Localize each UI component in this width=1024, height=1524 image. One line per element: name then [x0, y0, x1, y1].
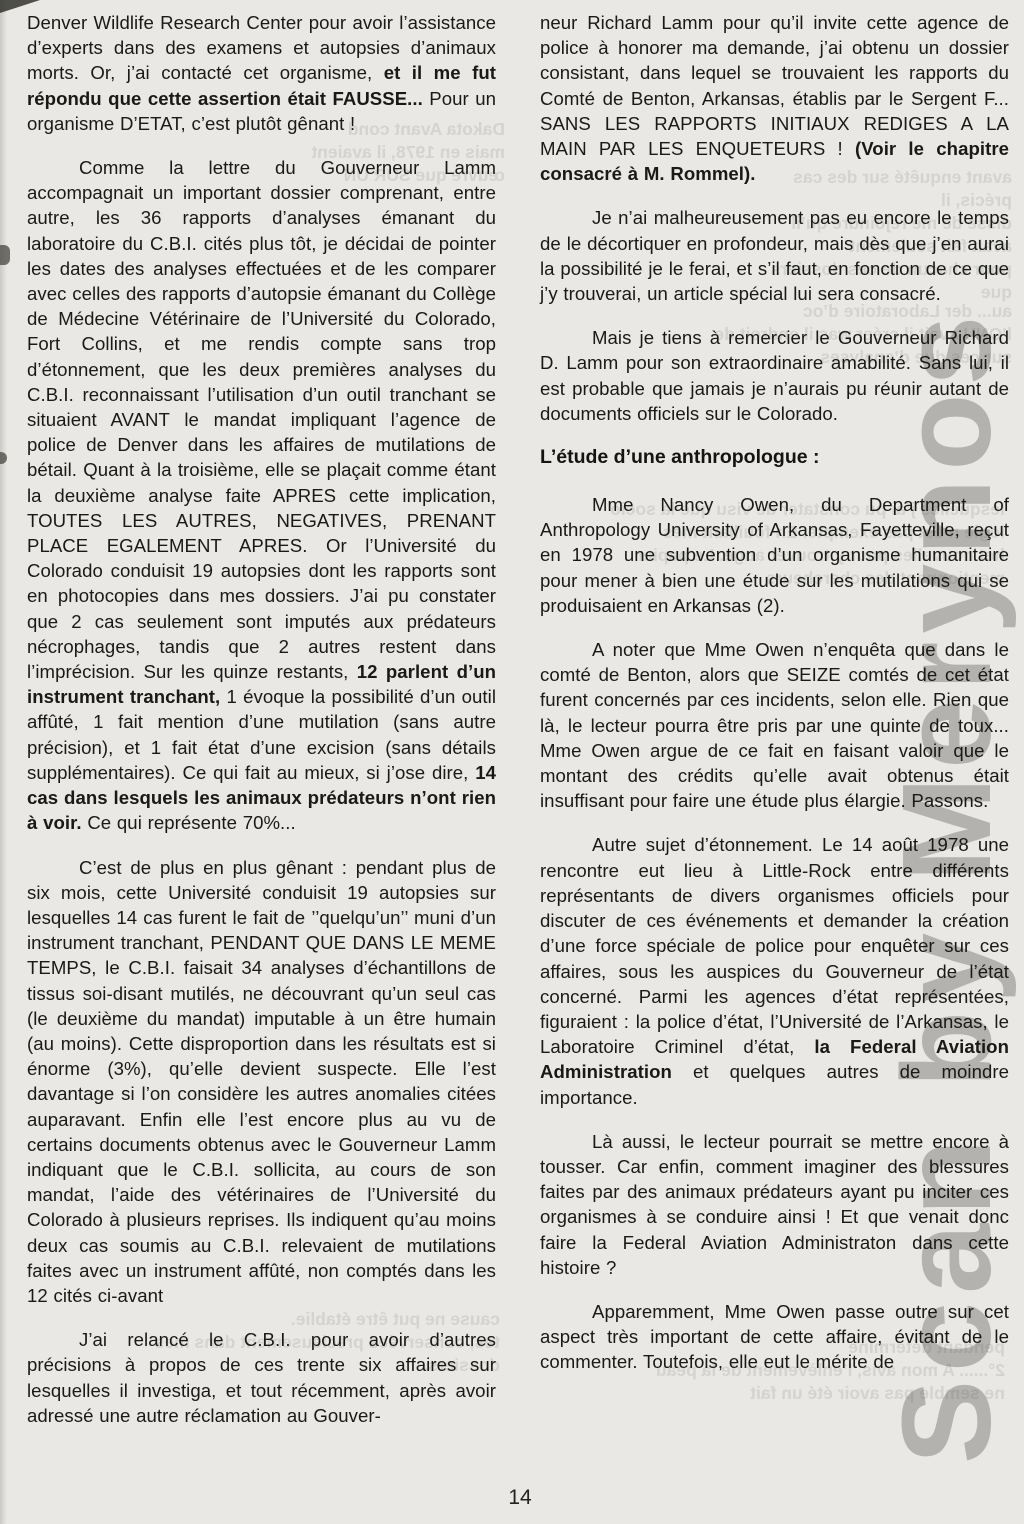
- paragraph: Denver Wildlife Research Center pour avo…: [27, 10, 496, 136]
- paragraph: Autre sujet d’étonnement. Le 14 août 197…: [540, 832, 1009, 1109]
- text-run: Je n’ai malheureusement pas eu encore le…: [540, 207, 1009, 304]
- paragraph: Mais je tiens à remercier le Gouverneur …: [540, 325, 1009, 426]
- paragraph: A noter que Mme Owen n’enquêta que dans …: [540, 637, 1009, 813]
- scan-edge-shadow: [0, 0, 7, 1524]
- text-run: J’ai relancé le C.B.I. pour avoir d’autr…: [27, 1329, 496, 1426]
- paragraph: Mme Nancy Owen, du Department of Anthrop…: [540, 492, 1009, 618]
- section-heading: L’étude d’une anthropologue :: [540, 445, 1009, 470]
- paragraph: Comme la lettre du Gouverneur Lamm accom…: [27, 155, 496, 835]
- bold-text-run: L’étude d’une anthropologue :: [540, 446, 819, 468]
- text-run: Comme la lettre du Gouverneur Lamm accom…: [27, 157, 496, 682]
- paragraph: Là aussi, le lecteur pourrait se mettre …: [540, 1129, 1009, 1280]
- right-column: neur Richard Lamm pour qu’il invite cett…: [540, 10, 1009, 1394]
- text-run: Mais je tiens à remercier le Gouverneur …: [540, 327, 1009, 424]
- left-column: Denver Wildlife Research Center pour avo…: [27, 10, 496, 1447]
- paragraph: neur Richard Lamm pour qu’il invite cett…: [540, 10, 1009, 186]
- paragraph: C’est de plus en plus gênant : pendant p…: [27, 855, 496, 1309]
- text-run: C’est de plus en plus gênant : pendant p…: [27, 857, 496, 1306]
- text-run: Autre sujet d’étonnement. Le 14 août 197…: [540, 834, 1009, 1057]
- text-run: A noter que Mme Owen n’enquêta que dans …: [540, 639, 1009, 811]
- scanned-page: { "page": { "number": "14", "paper_color…: [0, 0, 1024, 1524]
- scan-smudge: [0, 245, 10, 265]
- text-run: Ce qui représente 70%...: [82, 812, 296, 833]
- paragraph: Je n’ai malheureusement pas eu encore le…: [540, 205, 1009, 306]
- text-run: Mme Nancy Owen, du Department of Anthrop…: [540, 494, 1009, 616]
- text-run: Là aussi, le lecteur pourrait se mettre …: [540, 1131, 1009, 1278]
- text-run: neur Richard Lamm pour qu’il invite cett…: [540, 12, 1009, 159]
- page-number: 14: [0, 1486, 1024, 1510]
- paragraph: J’ai relancé le C.B.I. pour avoir d’autr…: [27, 1327, 496, 1428]
- text-run: Apparemment, Mme Owen passe outre sur ce…: [540, 1301, 1009, 1372]
- paragraph: Apparemment, Mme Owen passe outre sur ce…: [540, 1299, 1009, 1375]
